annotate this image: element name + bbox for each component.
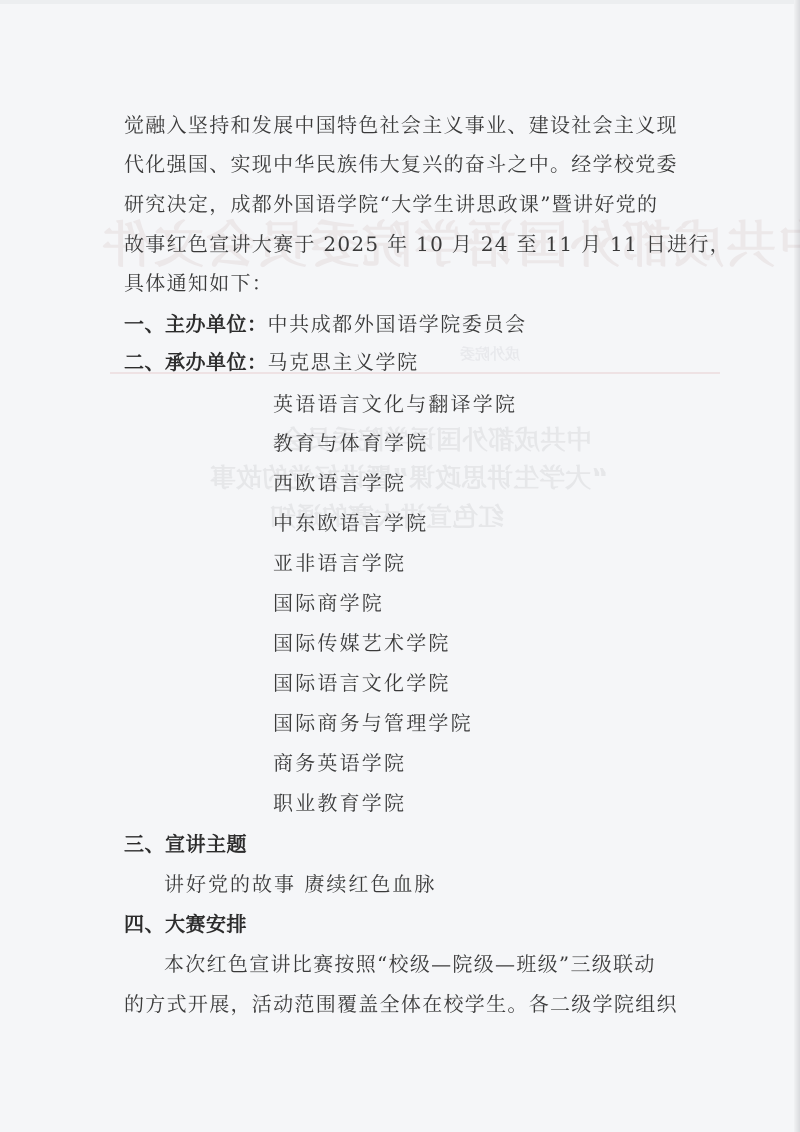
co-organizer-item: 国际语言文化学院: [273, 669, 451, 697]
organizer-value: 中共成都外国语学院委员会: [268, 312, 527, 336]
section-heading-organizer: 一、主办单位：: [124, 312, 268, 336]
intro-line-1: 觉融入坚持和发展中国特色社会主义事业、建设社会主义现: [124, 111, 678, 139]
co-organizer-item: 亚非语言学院: [273, 549, 406, 577]
co-organizer-item: 商务英语学院: [273, 749, 406, 777]
scanned-document-page: 中共成都外国语学院委员会文件 成外院委 中共成都外国语学院委员会 “大学生讲思政…: [0, 0, 800, 1132]
intro-line-5: 具体通知如下：: [124, 269, 273, 297]
page-right-edge-shadow: [794, 0, 800, 1132]
page-top-edge: [0, 0, 800, 4]
section-heading-arrangement: 四、大赛安排: [124, 910, 247, 938]
co-organizer-item: 国际传媒艺术学院: [273, 629, 451, 657]
intro-line-4: 故事红色宣讲大赛于 2025 年 10 月 24 至 11 月 11 日进行，: [124, 230, 731, 258]
show-through-heading-2: “大学生讲思政课”暨讲好党的故事: [210, 458, 608, 495]
intro-line-3: 研究决定，成都外国语学院“大学生讲思政课”暨讲好党的: [124, 190, 658, 218]
section-organizer: 一、主办单位：中共成都外国语学院委员会: [124, 310, 527, 338]
section-heading-theme: 三、宣讲主题: [124, 830, 247, 858]
co-organizer-item: 国际商学院: [273, 589, 384, 617]
co-organizer-item: 英语语言文化与翻译学院: [273, 390, 517, 418]
theme-text: 讲好党的故事 赓续红色血脉: [164, 870, 436, 898]
arrangement-line-2: 的方式开展，活动范围覆盖全体在校学生。各二级学院组织: [124, 990, 678, 1018]
co-organizer-item: 教育与体育学院: [273, 429, 428, 457]
co-organizer-item: 国际商务与管理学院: [273, 709, 473, 737]
co-organizer-item: 中东欧语言学院: [273, 509, 428, 537]
section-heading-co-organizer: 二、承办单位：: [124, 350, 268, 374]
section-co-organizer: 二、承办单位：马克思主义学院: [124, 348, 419, 376]
show-through-doc-number: 成外院委: [460, 343, 520, 364]
co-organizer-first: 马克思主义学院: [268, 350, 419, 374]
co-organizer-item: 西欧语言学院: [273, 469, 406, 497]
intro-line-2: 代化强国、实现中华民族伟大复兴的奋斗之中。经学校党委: [124, 150, 678, 178]
arrangement-line-1: 本次红色宣讲比赛按照“校级—院级—班级”三级联动: [164, 950, 656, 978]
co-organizer-item: 职业教育学院: [273, 789, 406, 817]
